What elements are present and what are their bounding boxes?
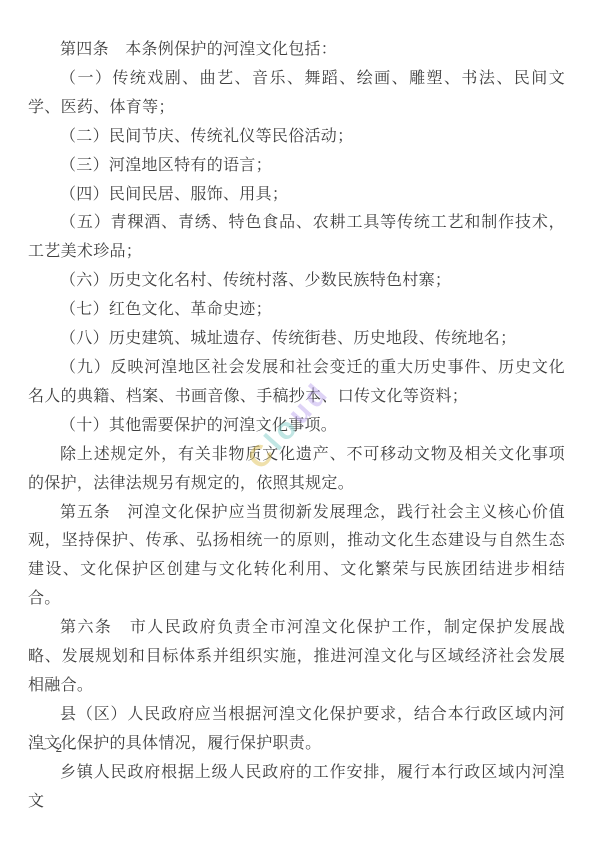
paragraph-item-1: （一）传统戏剧、曲艺、音乐、舞蹈、绘画、雕塑、书法、民间文学、医药、体育等； — [28, 65, 565, 123]
paragraph-item-3: （三）河湟地区特有的语言； — [28, 152, 565, 181]
paragraph-township-duty: 乡镇人民政府根据上级人民政府的工作安排，履行本行政区域内河湟文 — [28, 759, 565, 817]
paragraph-exception-clause: 除上述规定外，有关非物质文化遗产、不可移动文物及相关文化事项的保护，法律法规另有… — [28, 441, 565, 499]
paragraph-item-8: （八）历史建筑、城址遗存、传统街巷、历史地段、传统地名； — [28, 325, 565, 354]
paragraph-item-10: （十）其他需要保护的河湟文化事项。 — [28, 412, 565, 441]
paragraph-article-5: 第五条 河湟文化保护应当贯彻新发展理念，践行社会主义核心价值观，坚持保护、传承、… — [28, 499, 565, 615]
paragraph-item-2: （二）民间节庆、传统礼仪等民俗活动； — [28, 123, 565, 152]
paragraph-article-6: 第六条 市人民政府负责全市河湟文化保护工作，制定保护发展战略、发展规划和目标体系… — [28, 614, 565, 701]
page-number: - 2 - — [42, 740, 79, 756]
document-page: 第四条 本条例保护的河湟文化包括： （一）传统戏剧、曲艺、音乐、舞蹈、绘画、雕塑… — [0, 0, 595, 841]
paragraph-item-9: （九）反映河湟地区社会发展和社会变迁的重大历史事件、历史文化名人的典籍、档案、书… — [28, 354, 565, 412]
paragraph-item-7: （七）红色文化、革命史迹； — [28, 296, 565, 325]
paragraph-item-5: （五）青稞酒、青绣、特色食品、农耕工具等传统工艺和制作技术，工艺美术珍品； — [28, 209, 565, 267]
paragraph-item-4: （四）民间民居、服饰、用具； — [28, 181, 565, 210]
paragraph-article-4-heading: 第四条 本条例保护的河湟文化包括： — [28, 36, 565, 65]
document-body: 第四条 本条例保护的河湟文化包括： （一）传统戏剧、曲艺、音乐、舞蹈、绘画、雕塑… — [28, 36, 565, 816]
paragraph-item-6: （六）历史文化名村、传统村落、少数民族特色村寨； — [28, 267, 565, 296]
paragraph-county-duty: 县（区）人民政府应当根据河湟文化保护要求，结合本行政区域内河湟文化保护的具体情况… — [28, 701, 565, 759]
